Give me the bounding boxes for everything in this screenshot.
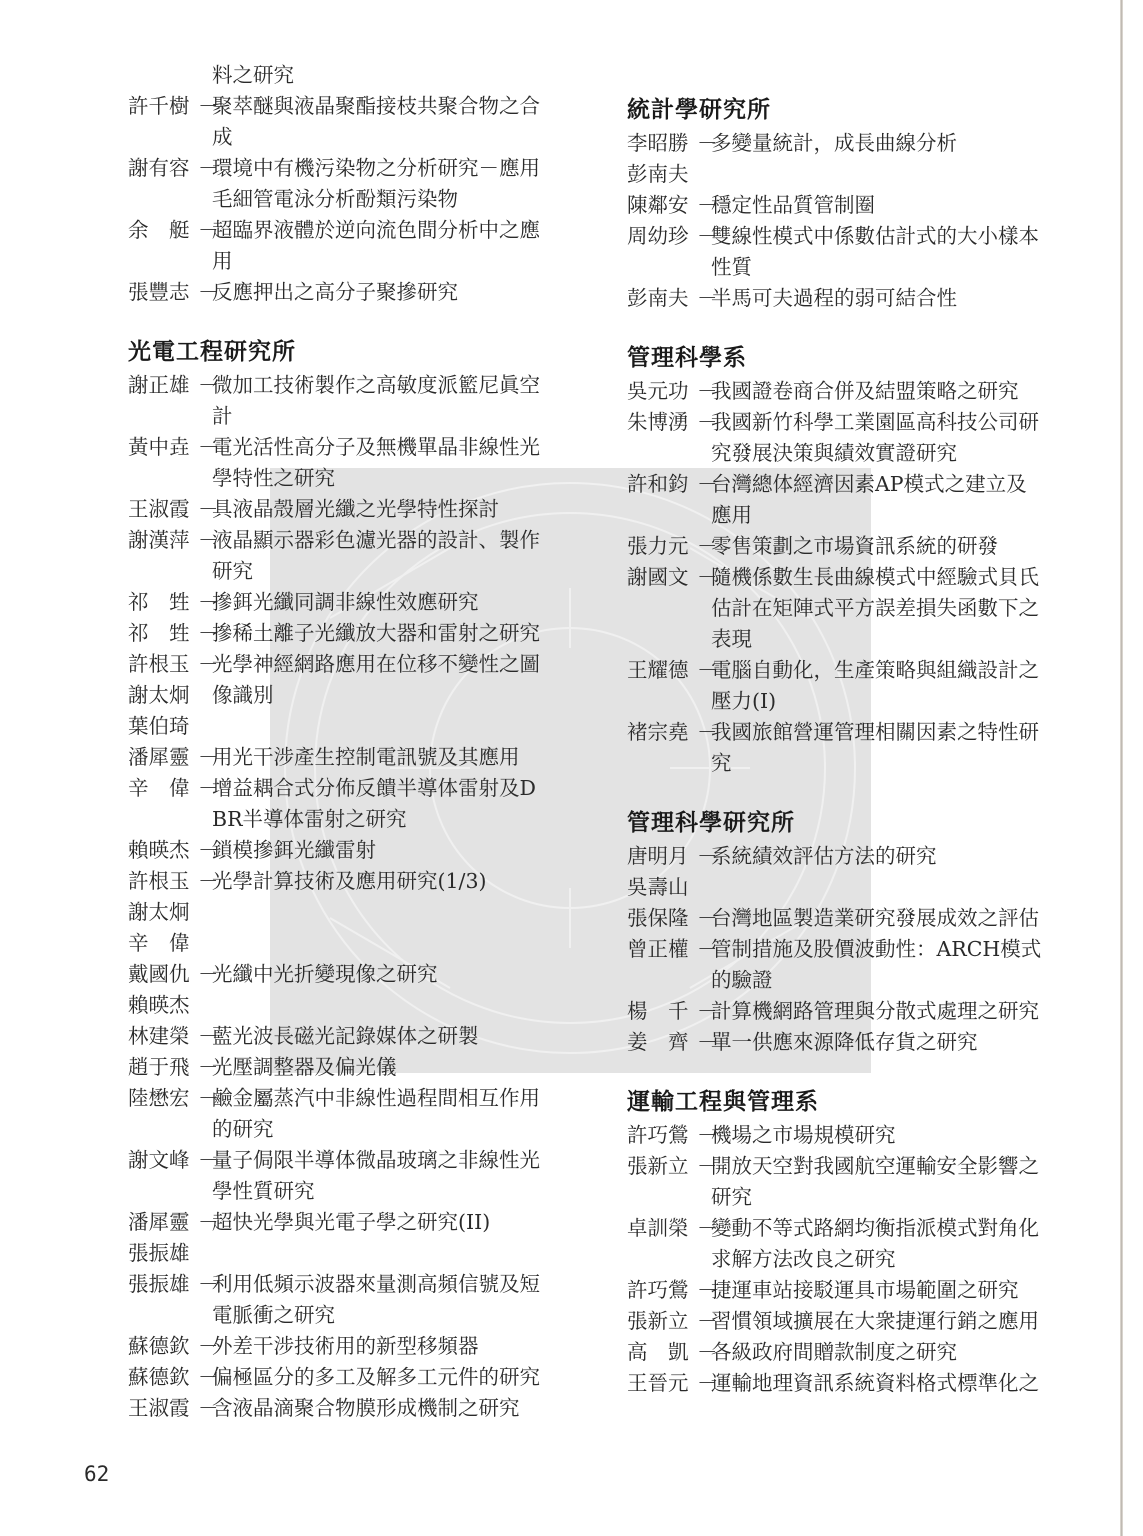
project-title: 究發展決策與績效實證研究 <box>711 438 1067 469</box>
dash-separator: － <box>697 190 711 221</box>
dash-separator: － <box>697 903 711 934</box>
project-title: 我國旅館營運管理相關因素之特性研 <box>711 717 1067 748</box>
researcher-name: 謝太炯 <box>128 897 198 928</box>
dash-separator: － <box>697 1337 711 1368</box>
project-title: 捷運車站接駁運具市場範圍之研究 <box>711 1275 1067 1306</box>
researcher-name: 戴國仇 <box>128 959 198 990</box>
project-title: 我國證卷商合併及結盟策略之研究 <box>711 376 1067 407</box>
co-author-line: 葉伯琦 <box>128 711 568 742</box>
department-heading: 運輸工程與管理系 <box>627 1084 1067 1120</box>
research-entry: 祁 甡－摻稀土離子光纖放大器和雷射之研究 <box>128 618 568 649</box>
project-title: 計 <box>212 401 568 432</box>
project-title: 單一供應來源降低存貨之研究 <box>711 1027 1067 1058</box>
research-entry: 趙于飛－光壓調整器及偏光儀 <box>128 1052 568 1083</box>
dash-separator: － <box>198 1331 212 1362</box>
dash-separator: － <box>198 618 212 649</box>
researcher-name: 謝國文 <box>627 562 697 593</box>
researcher-name: 曾正權 <box>627 934 697 965</box>
research-entry: 謝有容－環境中有機污染物之分析研究－應用 <box>128 153 568 184</box>
dash-separator: － <box>198 1083 212 1114</box>
project-title: 利用低頻示波器來量測高頻信號及短 <box>212 1269 568 1300</box>
dash-separator: － <box>198 277 212 308</box>
research-entry: 張新立－開放天空對我國航空運輸安全影響之 <box>627 1151 1067 1182</box>
project-title: 台灣地區製造業研究發展成效之評估 <box>711 903 1067 934</box>
department-section: 運輸工程與管理系許巧鶯－機場之市場規模研究張新立－開放天空對我國航空運輸安全影響… <box>627 1084 1067 1399</box>
project-title: 反應押出之高分子聚摻研究 <box>212 277 568 308</box>
research-entry: 謝國文－隨機係數生長曲線模式中經驗式貝氏 <box>627 562 1067 593</box>
researcher-name: 辛 偉 <box>128 773 198 804</box>
dash-separator: － <box>198 1362 212 1393</box>
dash-separator: － <box>198 866 212 897</box>
researcher-name: 李昭勝 <box>627 128 697 159</box>
entry-continuation: 電脈衝之研究 <box>128 1300 568 1331</box>
dash-separator: － <box>198 91 212 122</box>
entry-continuation: 毛細管電泳分析酚類污染物 <box>128 184 568 215</box>
research-entry: 高 凱－各級政府間贈款制度之研究 <box>627 1337 1067 1368</box>
dash-separator <box>198 928 212 959</box>
entry-continuation: 成 <box>128 122 568 153</box>
entry-continuation: 學性質研究 <box>128 1176 568 1207</box>
researcher-name: 陸懋宏 <box>128 1083 198 1114</box>
researcher-name: 王淑霞 <box>128 494 198 525</box>
research-entry: 張保隆－台灣地區製造業研究發展成效之評估 <box>627 903 1067 934</box>
dash-separator <box>198 711 212 742</box>
researcher-name: 許巧鶯 <box>627 1120 697 1151</box>
researcher-name: 許千樹 <box>128 91 198 122</box>
researcher-name: 張力元 <box>627 531 697 562</box>
research-entry: 謝文峰－量子侷限半導体微晶玻璃之非線性光 <box>128 1145 568 1176</box>
entry-continuation: 研究 <box>627 1182 1067 1213</box>
researcher-name: 葉伯琦 <box>128 711 198 742</box>
project-title: 超快光學與光電子學之研究(II) <box>212 1207 568 1238</box>
research-entry: 王淑霞－含液晶滴聚合物膜形成機制之研究 <box>128 1393 568 1424</box>
project-title <box>711 872 1067 903</box>
research-entry: 蘇德欽－外差干涉技術用的新型移頻器 <box>128 1331 568 1362</box>
right-column: 統計學研究所李昭勝－多變量統計，成長曲線分析彭南夫陳鄰安－穩定性品質管制圈周幼珍… <box>627 92 1067 1425</box>
project-title: 開放天空對我國航空運輸安全影響之 <box>711 1151 1067 1182</box>
research-entry: 曾正權－管制措施及股價波動性：ARCH模式 <box>627 934 1067 965</box>
dash-separator <box>198 1238 212 1269</box>
dash-separator: － <box>198 370 212 401</box>
department-section: 光電工程研究所謝正雄－微加工技術製作之高敏度派籃尼眞空 計黃中垚－電光活性高分子… <box>128 334 568 1424</box>
project-title <box>212 1238 568 1269</box>
department-heading: 統計學研究所 <box>627 92 1067 128</box>
dash-separator: － <box>198 773 212 804</box>
dash-separator: － <box>198 215 212 246</box>
researcher-name: 高 凱 <box>627 1337 697 1368</box>
entry-continuation: 計 <box>128 401 568 432</box>
dash-separator: － <box>198 525 212 556</box>
entry-continuation: 估計在矩陣式平方誤差損失函數下之 <box>627 593 1067 624</box>
project-title: 摻鉺光纖同調非線性效應研究 <box>212 587 568 618</box>
research-entry: 朱博湧－我國新竹科學工業園區高科技公司研 <box>627 407 1067 438</box>
dash-separator: － <box>198 649 212 680</box>
project-title <box>212 897 568 928</box>
project-title: 具液晶殼層光纖之光學特性探討 <box>212 494 568 525</box>
dash-separator: － <box>697 717 711 748</box>
research-entry: 許巧鶯－機場之市場規模研究 <box>627 1120 1067 1151</box>
dash-separator: － <box>697 1306 711 1337</box>
research-entry: 蘇德欽－偏極區分的多工及解多工元件的研究 <box>128 1362 568 1393</box>
researcher-name: 賴暎杰 <box>128 835 198 866</box>
project-title: 估計在矩陣式平方誤差損失函數下之 <box>711 593 1067 624</box>
researcher-name: 賴暎杰 <box>128 990 198 1021</box>
project-title: 料之研究 <box>212 60 568 91</box>
dash-separator: － <box>697 531 711 562</box>
researcher-name: 彭南夫 <box>627 159 697 190</box>
dash-separator: － <box>697 1120 711 1151</box>
project-title: 的驗證 <box>711 965 1067 996</box>
entry-continuation: 求解方法改良之研究 <box>627 1244 1067 1275</box>
project-title: 性質 <box>711 252 1067 283</box>
co-author-line: 張振雄 <box>128 1238 568 1269</box>
researcher-name: 謝漢萍 <box>128 525 198 556</box>
project-title: 增益耦合式分佈反饋半導体雷射及D <box>212 773 568 804</box>
project-title: 用光干涉產生控制電訊號及其應用 <box>212 742 568 773</box>
dash-separator: － <box>697 128 711 159</box>
project-title: 研究 <box>711 1182 1067 1213</box>
entry-continuation: 的研究 <box>128 1114 568 1145</box>
research-entry: 王淑霞－具液晶殼層光纖之光學特性探討 <box>128 494 568 525</box>
dash-separator: － <box>697 469 711 500</box>
research-entry: 余 艇－超臨界液體於逆向流色間分析中之應 <box>128 215 568 246</box>
project-title: 計算機網路管理與分散式處理之研究 <box>711 996 1067 1027</box>
research-entry: 張振雄－利用低頻示波器來量測高頻信號及短 <box>128 1269 568 1300</box>
research-entry: 李昭勝－多變量統計，成長曲線分析 <box>627 128 1067 159</box>
research-entry: 潘犀靈－超快光學與光電子學之研究(II) <box>128 1207 568 1238</box>
co-author-line: 辛 偉 <box>128 928 568 959</box>
dash-separator: － <box>198 1269 212 1300</box>
research-entry: 潘犀靈－用光干涉產生控制電訊號及其應用 <box>128 742 568 773</box>
researcher-name: 張新立 <box>627 1306 697 1337</box>
dash-separator: － <box>697 1027 711 1058</box>
researcher-name: 吳元功 <box>627 376 697 407</box>
project-title: 雙線性模式中係數估計式的大小樣本 <box>711 221 1067 252</box>
project-title: 含液晶滴聚合物膜形成機制之研究 <box>212 1393 568 1424</box>
research-entry: 吳元功－我國證卷商合併及結盟策略之研究 <box>627 376 1067 407</box>
research-entry: 姜 齊－單一供應來源降低存貨之研究 <box>627 1027 1067 1058</box>
project-title: 成 <box>212 122 568 153</box>
research-entry: 賴暎杰－鎖模摻鉺光纖雷射 <box>128 835 568 866</box>
project-title: 壓力(I) <box>711 686 1067 717</box>
project-title: 光學計算技術及應用研究(1/3) <box>212 866 568 897</box>
dash-separator: － <box>198 742 212 773</box>
research-entry: 謝漢萍－液晶顯示器彩色濾光器的設計、製作 <box>128 525 568 556</box>
project-title: 習慣領域擴展在大衆捷運行銷之應用 <box>711 1306 1067 1337</box>
research-entry: 林建榮－藍光波長磁光記錄媒体之研製 <box>128 1021 568 1052</box>
researcher-name: 姜 齊 <box>627 1027 697 1058</box>
researcher-name: 張豐志 <box>128 277 198 308</box>
dash-separator: － <box>697 376 711 407</box>
entry-continuation: 應用 <box>627 500 1067 531</box>
co-author-line: 賴暎杰 <box>128 990 568 1021</box>
project-title: 究 <box>711 748 1067 779</box>
project-title: 偏極區分的多工及解多工元件的研究 <box>212 1362 568 1393</box>
researcher-name: 張保隆 <box>627 903 697 934</box>
researcher-name: 蘇德欽 <box>128 1331 198 1362</box>
dash-separator: － <box>697 562 711 593</box>
researcher-name: 謝正雄 <box>128 370 198 401</box>
researcher-name: 林建榮 <box>128 1021 198 1052</box>
dash-separator: － <box>697 283 711 314</box>
project-title <box>212 990 568 1021</box>
project-title: 電腦自動化，生產策略與組織設計之 <box>711 655 1067 686</box>
project-title: 鎖模摻鉺光纖雷射 <box>212 835 568 866</box>
project-title: 藍光波長磁光記錄媒体之研製 <box>212 1021 568 1052</box>
dash-separator: － <box>198 1052 212 1083</box>
researcher-name: 蘇德欽 <box>128 1362 198 1393</box>
project-title: 學特性之研究 <box>212 463 568 494</box>
project-title: 電光活性高分子及無機單晶非線性光 <box>212 432 568 463</box>
department-heading: 管理科學系 <box>627 340 1067 376</box>
researcher-name: 周幼珍 <box>627 221 697 252</box>
project-title: 光壓調整器及偏光儀 <box>212 1052 568 1083</box>
project-title: 應用 <box>711 500 1067 531</box>
co-author-line: 謝太炯像識別 <box>128 680 568 711</box>
entry-continuation: 壓力(I) <box>627 686 1067 717</box>
project-title: 摻稀土離子光纖放大器和雷射之研究 <box>212 618 568 649</box>
researcher-name: 張振雄 <box>128 1238 198 1269</box>
dash-separator: － <box>697 1275 711 1306</box>
research-entry: 卓訓榮－變動不等式路網均衡指派模式對角化 <box>627 1213 1067 1244</box>
project-title: 台灣總体經濟因素AP模式之建立及 <box>711 469 1067 500</box>
dash-separator: － <box>198 835 212 866</box>
dash-separator: － <box>697 996 711 1027</box>
department-heading: 管理科學研究所 <box>627 805 1067 841</box>
left-column: 料之研究許千樹－聚萃醚與液晶聚酯接枝共聚合物之合 成謝有容－環境中有機污染物之分… <box>128 60 568 1450</box>
research-entry: 黃中垚－電光活性高分子及無機單晶非線性光 <box>128 432 568 463</box>
researcher-name: 彭南夫 <box>627 283 697 314</box>
project-title: 運輸地理資訊系統資料格式標準化之 <box>711 1368 1067 1399</box>
dash-separator: － <box>198 494 212 525</box>
dash-separator: － <box>198 153 212 184</box>
project-title: 鹼金屬蒸汽中非線性過程間相互作用 <box>212 1083 568 1114</box>
page-number: 62 <box>84 1462 109 1486</box>
department-section: 管理科學研究所唐明月－系統績效評估方法的研究吳壽山張保隆－台灣地區製造業研究發展… <box>627 805 1067 1058</box>
researcher-name: 王晉元 <box>627 1368 697 1399</box>
researcher-name: 張新立 <box>627 1151 697 1182</box>
project-title: 微加工技術製作之高敏度派籃尼眞空 <box>212 370 568 401</box>
researcher-name: 祁 甡 <box>128 618 198 649</box>
researcher-name: 王耀德 <box>627 655 697 686</box>
project-title: 半馬可夫過程的弱可結合性 <box>711 283 1067 314</box>
research-entry: 許根玉－光學計算技術及應用研究(1/3) <box>128 866 568 897</box>
department-heading: 光電工程研究所 <box>128 334 568 370</box>
dash-separator: － <box>198 959 212 990</box>
entry-continuation: BR半導体雷射之研究 <box>128 804 568 835</box>
research-entry: 辛 偉－增益耦合式分佈反饋半導体雷射及D <box>128 773 568 804</box>
researcher-name: 褚宗堯 <box>627 717 697 748</box>
researcher-name: 許巧鶯 <box>627 1275 697 1306</box>
project-title: 用 <box>212 246 568 277</box>
project-title: BR半導体雷射之研究 <box>212 804 568 835</box>
researcher-name: 謝文峰 <box>128 1145 198 1176</box>
dash-separator: － <box>198 587 212 618</box>
researcher-name: 唐明月 <box>627 841 697 872</box>
research-entry: 謝正雄－微加工技術製作之高敏度派籃尼眞空 <box>128 370 568 401</box>
entry-continuation: 研究 <box>128 556 568 587</box>
project-title: 系統績效評估方法的研究 <box>711 841 1067 872</box>
project-title: 機場之市場規模研究 <box>711 1120 1067 1151</box>
researcher-name: 許根玉 <box>128 649 198 680</box>
project-title: 我國新竹科學工業園區高科技公司研 <box>711 407 1067 438</box>
entry-continuation: 料之研究 <box>128 60 568 91</box>
dash-separator: － <box>198 1145 212 1176</box>
dash-separator: － <box>697 934 711 965</box>
project-title: 電脈衝之研究 <box>212 1300 568 1331</box>
research-entry: 陳鄰安－穩定性品質管制圈 <box>627 190 1067 221</box>
researcher-name: 楊 千 <box>627 996 697 1027</box>
researcher-name: 潘犀靈 <box>128 742 198 773</box>
project-title: 研究 <box>212 556 568 587</box>
project-title: 光纖中光折變現像之研究 <box>212 959 568 990</box>
dash-separator: － <box>198 1207 212 1238</box>
dash-separator <box>697 872 711 903</box>
entry-continuation: 表現 <box>627 624 1067 655</box>
researcher-name: 辛 偉 <box>128 928 198 959</box>
department-section: 統計學研究所李昭勝－多變量統計，成長曲線分析彭南夫陳鄰安－穩定性品質管制圈周幼珍… <box>627 92 1067 314</box>
research-entry: 許巧鶯－捷運車站接駁運具市場範圍之研究 <box>627 1275 1067 1306</box>
project-title <box>212 711 568 742</box>
researcher-name: 余 艇 <box>128 215 198 246</box>
research-entry: 戴國仇－光纖中光折變現像之研究 <box>128 959 568 990</box>
research-entry: 許根玉－光學神經網路應用在位移不變性之圖 <box>128 649 568 680</box>
researcher-name: 許根玉 <box>128 866 198 897</box>
entry-continuation: 用 <box>128 246 568 277</box>
research-entry: 王耀德－電腦自動化，生產策略與組織設計之 <box>627 655 1067 686</box>
co-author-line: 彭南夫 <box>627 159 1067 190</box>
project-title: 超臨界液體於逆向流色間分析中之應 <box>212 215 568 246</box>
researcher-name: 張振雄 <box>128 1269 198 1300</box>
research-entry: 周幼珍－雙線性模式中係數估計式的大小樣本 <box>627 221 1067 252</box>
research-entry: 彭南夫－半馬可夫過程的弱可結合性 <box>627 283 1067 314</box>
department-section: 管理科學系吳元功－我國證卷商合併及結盟策略之研究朱博湧－我國新竹科學工業園區高科… <box>627 340 1067 779</box>
dash-separator: － <box>198 1393 212 1424</box>
entry-continuation: 性質 <box>627 252 1067 283</box>
project-title: 隨機係數生長曲線模式中經驗式貝氏 <box>711 562 1067 593</box>
research-entry: 唐明月－系統績效評估方法的研究 <box>627 841 1067 872</box>
researcher-name: 王淑霞 <box>128 1393 198 1424</box>
project-title: 求解方法改良之研究 <box>711 1244 1067 1275</box>
dash-separator: － <box>697 655 711 686</box>
project-title: 外差干涉技術用的新型移頻器 <box>212 1331 568 1362</box>
entry-continuation: 究 <box>627 748 1067 779</box>
research-entry: 褚宗堯－我國旅館營運管理相關因素之特性研 <box>627 717 1067 748</box>
research-entry: 張豐志－反應押出之高分子聚摻研究 <box>128 277 568 308</box>
project-title: 變動不等式路網均衡指派模式對角化 <box>711 1213 1067 1244</box>
dash-separator <box>198 897 212 928</box>
dash-separator: － <box>697 841 711 872</box>
research-entry: 許和鈞－台灣總体經濟因素AP模式之建立及 <box>627 469 1067 500</box>
project-title: 多變量統計，成長曲線分析 <box>711 128 1067 159</box>
project-title: 穩定性品質管制圈 <box>711 190 1067 221</box>
researcher-name: 陳鄰安 <box>627 190 697 221</box>
project-title: 各級政府間贈款制度之研究 <box>711 1337 1067 1368</box>
research-entry: 張力元－零售策劃之市場資訊系統的研發 <box>627 531 1067 562</box>
dash-separator: － <box>198 432 212 463</box>
researcher-name: 許和鈞 <box>627 469 697 500</box>
project-title: 零售策劃之市場資訊系統的研發 <box>711 531 1067 562</box>
research-entry: 許千樹－聚萃醚與液晶聚酯接枝共聚合物之合 <box>128 91 568 122</box>
research-entry: 祁 甡－摻鉺光纖同調非線性效應研究 <box>128 587 568 618</box>
project-title: 聚萃醚與液晶聚酯接枝共聚合物之合 <box>212 91 568 122</box>
entry-continuation: 的驗證 <box>627 965 1067 996</box>
researcher-name: 吳壽山 <box>627 872 697 903</box>
entry-continuation: 學特性之研究 <box>128 463 568 494</box>
researcher-name: 趙于飛 <box>128 1052 198 1083</box>
researcher-name: 祁 甡 <box>128 587 198 618</box>
dash-separator <box>198 990 212 1021</box>
co-author-line: 謝太炯 <box>128 897 568 928</box>
researcher-name: 黃中垚 <box>128 432 198 463</box>
page-binding-edge <box>1120 0 1123 1536</box>
co-author-line: 吳壽山 <box>627 872 1067 903</box>
research-entry: 王晉元－運輸地理資訊系統資料格式標準化之 <box>627 1368 1067 1399</box>
dash-separator: － <box>697 221 711 252</box>
researcher-name: 謝太炯 <box>128 680 198 711</box>
project-title: 像識別 <box>212 680 568 711</box>
dash-separator <box>198 680 212 711</box>
dash-separator: － <box>697 1151 711 1182</box>
research-entry: 張新立－習慣領域擴展在大衆捷運行銷之應用 <box>627 1306 1067 1337</box>
researcher-name: 謝有容 <box>128 153 198 184</box>
project-title: 環境中有機污染物之分析研究－應用 <box>212 153 568 184</box>
project-title: 液晶顯示器彩色濾光器的設計、製作 <box>212 525 568 556</box>
project-title: 毛細管電泳分析酚類污染物 <box>212 184 568 215</box>
dash-separator: － <box>198 1021 212 1052</box>
project-title: 的研究 <box>212 1114 568 1145</box>
research-entry: 楊 千－計算機網路管理與分散式處理之研究 <box>627 996 1067 1027</box>
dash-separator <box>697 159 711 190</box>
project-title: 量子侷限半導体微晶玻璃之非線性光 <box>212 1145 568 1176</box>
project-title <box>711 159 1067 190</box>
researcher-name: 朱博湧 <box>627 407 697 438</box>
entry-continuation: 究發展決策與績效實證研究 <box>627 438 1067 469</box>
dash-separator: － <box>697 1213 711 1244</box>
dash-separator: － <box>697 407 711 438</box>
researcher-name: 卓訓榮 <box>627 1213 697 1244</box>
project-title: 光學神經網路應用在位移不變性之圖 <box>212 649 568 680</box>
project-title: 管制措施及股價波動性：ARCH模式 <box>711 934 1067 965</box>
researcher-name: 潘犀靈 <box>128 1207 198 1238</box>
project-title <box>212 928 568 959</box>
continued-section: 料之研究許千樹－聚萃醚與液晶聚酯接枝共聚合物之合 成謝有容－環境中有機污染物之分… <box>128 60 568 308</box>
project-title: 表現 <box>711 624 1067 655</box>
dash-separator: － <box>697 1368 711 1399</box>
research-entry: 陸懋宏－鹼金屬蒸汽中非線性過程間相互作用 <box>128 1083 568 1114</box>
project-title: 學性質研究 <box>212 1176 568 1207</box>
